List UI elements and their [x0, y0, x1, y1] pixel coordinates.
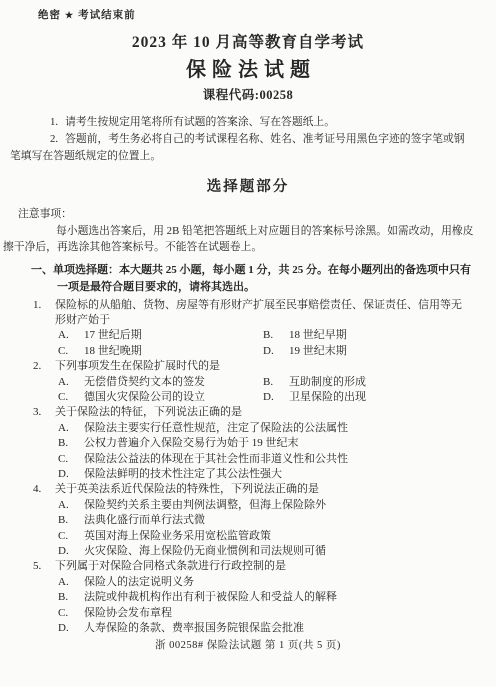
option-c: C.英国对海上保险业务采用宽松监管政策: [58, 529, 472, 544]
option-a: A.保险法主要实行任意性规范，注定了保险法的公法属性: [58, 421, 472, 436]
option-label: D.: [58, 467, 84, 482]
instruction-text: 请考生按规定用笔将所有试题的答案涂、写在答题纸上。: [65, 116, 335, 128]
option-label: B.: [58, 436, 84, 451]
option-text: 卫星保险的出现: [289, 390, 472, 405]
option-c: C.德国火灾保险公司的设立: [58, 390, 263, 405]
question-number: 2.: [33, 359, 55, 374]
option-text: 法院或仲裁机构作出有利于被保险人和受益人的解释: [84, 590, 472, 605]
exam-paper-page: 绝密★考试结束前 2023 年 10 月高等教育自学考试 保险法试题 课程代码:…: [0, 0, 496, 686]
general-instructions: 1.请考生按规定用笔将所有试题的答案涂、写在答题纸上。 2.答题前，考生务必将自…: [10, 114, 470, 165]
option-a: A.17 世纪后期: [58, 328, 263, 343]
option-label: A.: [58, 575, 84, 590]
instruction-number: 2.: [50, 133, 58, 145]
question-stem: 保险标的从船舶、货物、房屋等有形财产扩展至民事赔偿责任、保证责任、信用等无形财产…: [55, 298, 472, 329]
option-d: D.卫星保险的出现: [263, 390, 472, 405]
exam-session-title: 2023 年 10 月高等教育自学考试: [0, 32, 496, 53]
instruction-text: 答题前，考生务必将自己的考试课程名称、姓名、准考证号用黑色字迹的签字笔或钢笔填写…: [10, 133, 465, 162]
option-b: B.公权力普遍介入保险交易行为始于 19 世纪末: [58, 436, 472, 451]
instruction-number: 1.: [50, 116, 58, 128]
option-c: C.18 世纪晚期: [58, 344, 263, 359]
question-stem: 关于保险法的特征，下列说法正确的是: [55, 405, 472, 420]
paper-title: 保险法试题: [0, 57, 496, 84]
option-text: 人寿保险的条款、费率报国务院银保监会批准: [84, 621, 472, 636]
option-label: A.: [58, 375, 84, 390]
question-number: 3.: [33, 405, 55, 420]
option-text: 保险法公益法的体现在于其社会性而非道义性和公共性: [84, 452, 472, 467]
option-text: 19 世纪末期: [289, 344, 472, 359]
question-stem: 下列属于对保险合同格式条款进行行政控制的是: [55, 559, 472, 574]
option-b: B.互助制度的形成: [263, 375, 472, 390]
question-list: 1. 保险标的从船舶、货物、房屋等有形财产扩展至民事赔偿责任、保证责任、信用等无…: [33, 298, 472, 637]
option-a: A.无偿借贷契约文本的签发: [58, 375, 263, 390]
star-icon: ★: [65, 10, 74, 20]
question-number: 5.: [33, 559, 55, 574]
option-label: B.: [58, 590, 84, 605]
option-text: 火灾保险、海上保险仍无商业惯例和司法规则可循: [84, 544, 472, 559]
option-label: B.: [263, 328, 289, 343]
classification-banner: 绝密★考试结束前: [38, 8, 496, 23]
option-label: C.: [58, 390, 84, 405]
course-code: 课程代码:00258: [0, 87, 496, 103]
option-text: 保险法主要实行任意性规范，注定了保险法的公法属性: [84, 421, 472, 436]
option-text: 保险契约关系主要由判例法调整，但海上保险除外: [84, 498, 472, 513]
notice-heading: 注意事项：: [18, 206, 474, 223]
notice-block: 注意事项： 每小题选出答案后，用 2B 铅笔把答题纸上对应题目的答案标号涂黑。如…: [3, 206, 474, 256]
option-label: D.: [263, 390, 289, 405]
option-a: A.保险契约关系主要由判例法调整，但海上保险除外: [58, 498, 472, 513]
instruction-item: 1.请考生按规定用笔将所有试题的答案涂、写在答题纸上。: [10, 114, 470, 131]
part-one-header: 一、单项选择题：本大题共 25 小题，每小题 1 分，共 25 分。在每小题列出…: [31, 262, 474, 296]
question-number: 1.: [33, 298, 55, 329]
option-label: A.: [58, 421, 84, 436]
question-3: 3. 关于保险法的特征，下列说法正确的是 A.保险法主要实行任意性规范，注定了保…: [33, 405, 472, 482]
classification-prefix: 绝密: [38, 10, 61, 21]
notice-body: 每小题选出答案后，用 2B 铅笔把答题纸上对应题目的答案标号涂黑。如需改动，用橡…: [3, 223, 474, 256]
option-text: 18 世纪晚期: [84, 344, 263, 359]
option-b: B.法院或仲裁机构作出有利于被保险人和受益人的解释: [58, 590, 472, 605]
option-label: D.: [263, 344, 289, 359]
option-label: D.: [58, 544, 84, 559]
question-4: 4. 关于英美法系近代保险法的特殊性，下列说法正确的是 A.保险契约关系主要由判…: [33, 482, 472, 559]
question-stem: 下列事项发生在保险扩展时代的是: [55, 359, 472, 374]
option-d: D.19 世纪末期: [263, 344, 472, 359]
option-label: C.: [58, 529, 84, 544]
option-text: 保险法鲜明的技术性注定了其公法性强大: [84, 467, 472, 482]
option-text: 公权力普遍介入保险交易行为始于 19 世纪末: [84, 436, 472, 451]
option-text: 互助制度的形成: [289, 375, 472, 390]
page-footer: 浙 00258# 保险法试题 第 1 页(共 5 页): [0, 639, 496, 653]
option-d: D.火灾保险、海上保险仍无商业惯例和司法规则可循: [58, 544, 472, 559]
option-text: 18 世纪早期: [289, 328, 472, 343]
option-label: B.: [263, 375, 289, 390]
classification-suffix: 考试结束前: [78, 10, 136, 21]
option-text: 保险人的法定说明义务: [84, 575, 472, 590]
option-b: B.法典化盛行而单行法式微: [58, 513, 472, 528]
option-d: D.保险法鲜明的技术性注定了其公法性强大: [58, 467, 472, 482]
option-text: 17 世纪后期: [84, 328, 263, 343]
option-label: A.: [58, 498, 84, 513]
option-label: B.: [58, 513, 84, 528]
option-text: 法典化盛行而单行法式微: [84, 513, 472, 528]
option-d: D.人寿保险的条款、费率报国务院银保监会批准: [58, 621, 472, 636]
question-1: 1. 保险标的从船舶、货物、房屋等有形财产扩展至民事赔偿责任、保证责任、信用等无…: [33, 298, 472, 360]
option-label: D.: [58, 621, 84, 636]
option-c: C.保险协会发布章程: [58, 606, 472, 621]
question-number: 4.: [33, 482, 55, 497]
option-a: A.保险人的法定说明义务: [58, 575, 472, 590]
question-stem: 关于英美法系近代保险法的特殊性，下列说法正确的是: [55, 482, 472, 497]
question-2: 2. 下列事项发生在保险扩展时代的是 A.无偿借贷契约文本的签发 B.互助制度的…: [33, 359, 472, 405]
option-label: C.: [58, 606, 84, 621]
section-heading: 选择题部分: [0, 177, 496, 197]
instruction-item: 2.答题前，考生务必将自己的考试课程名称、姓名、准考证号用黑色字迹的签字笔或钢笔…: [10, 131, 470, 165]
option-label: C.: [58, 344, 84, 359]
option-c: C.保险法公益法的体现在于其社会性而非道义性和公共性: [58, 452, 472, 467]
option-text: 英国对海上保险业务采用宽松监管政策: [84, 529, 472, 544]
option-text: 德国火灾保险公司的设立: [84, 390, 263, 405]
option-text: 保险协会发布章程: [84, 606, 472, 621]
option-text: 无偿借贷契约文本的签发: [84, 375, 263, 390]
option-b: B.18 世纪早期: [263, 328, 472, 343]
option-label: C.: [58, 452, 84, 467]
option-label: A.: [58, 328, 84, 343]
question-5: 5. 下列属于对保险合同格式条款进行行政控制的是 A.保险人的法定说明义务 B.…: [33, 559, 472, 636]
